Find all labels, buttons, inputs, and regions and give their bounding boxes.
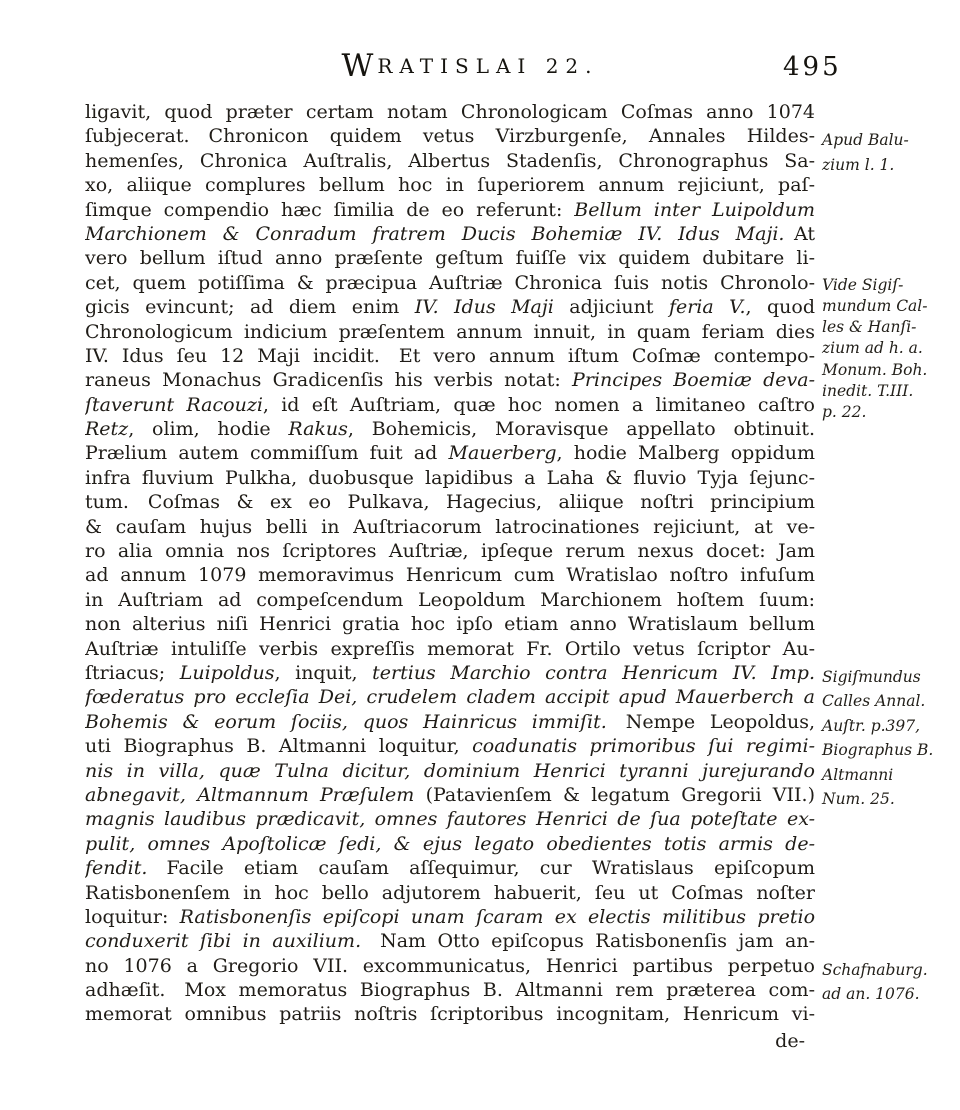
body-line: xo, aliique complures bellum hoc in ſupe…	[85, 173, 815, 197]
body-line: ro alia omnia nos ſcriptores Auſtriæ, ip…	[85, 539, 815, 563]
body-line: pulit, omnes Apoſtolicæ ſedi, & ejus leg…	[85, 832, 815, 856]
body-line: IV. Idus ſeu 12 Maji incidit. Et vero an…	[85, 344, 815, 368]
body-line: ſtaverunt Racouzi, id eſt Auſtriam, quæ …	[85, 393, 815, 417]
margin-note-line: Altmanni	[822, 763, 958, 787]
margin-note-line: Sigiſmundus	[822, 665, 958, 689]
margin-note: SigiſmundusCalles Annal.Auſtr. p.397,	[822, 665, 958, 738]
body-line: magnis laudibus prædicavit, omnes fautor…	[85, 807, 815, 831]
running-header-text: RATISLAI 22.	[377, 54, 598, 78]
margin-note-line: inedit. T.III.	[822, 381, 958, 402]
body-line: fendit. Facile etiam cauſam aſſequimur, …	[85, 856, 815, 880]
margin-note-line: Vide Sigiſ-	[822, 275, 958, 296]
body-line: ad annum 1079 memoravimus Henricum cum W…	[85, 563, 815, 587]
body-line: tum. Coſmas & ex eo Pulkava, Hagecius, a…	[85, 490, 815, 514]
margin-note-line: p. 22.	[822, 402, 958, 423]
book-page: WRATISLAI 22. 495 ligavit, quod præter c…	[0, 0, 960, 1110]
body-line: infra fluvium Pulkha, duobusque lapidibu…	[85, 466, 815, 490]
body-line: gicis evincunt; ad diem enim IV. Idus Ma…	[85, 295, 815, 319]
page-number: 495	[783, 52, 842, 82]
body-line: Prælium autem commiſſum fuit ad Mauerber…	[85, 441, 815, 465]
body-line: hemenſes, Chronica Auſtralis, Albertus S…	[85, 149, 815, 173]
running-header-initial: W	[341, 48, 377, 84]
body-line: raneus Monachus Gradicenſis his verbis n…	[85, 368, 815, 392]
body-line: no 1076 a Gregorio VII. excommunicatus, …	[85, 954, 815, 978]
margin-note: Biographus B.AltmanniNum. 25.	[822, 738, 958, 811]
body-line: uti Biographus B. Altmanni loquitur, coa…	[85, 734, 815, 758]
margin-note-line: zium ad h. a.	[822, 338, 958, 359]
margin-note-line: Num. 25.	[822, 787, 958, 811]
margin-note: Apud Balu-zium l. 1.	[822, 128, 958, 176]
body-line: Chronologicum indicium præſentem annum i…	[85, 320, 815, 344]
body-line: ligavit, quod præter certam notam Chrono…	[85, 100, 815, 124]
body-line: ſubjecerat. Chronicon quidem vetus Virzb…	[85, 124, 815, 148]
margin-note-line: Auſtr. p.397,	[822, 714, 958, 738]
margin-note: Vide Sigiſ-mundum Cal-les & Hanſi-zium a…	[822, 275, 958, 423]
body-text: ligavit, quod præter certam notam Chrono…	[85, 100, 815, 1027]
body-line: non alterius niſi Henrici gratia hoc ipſ…	[85, 612, 815, 636]
body-line: loquitur: Ratisbonenſis epiſcopi unam ſc…	[85, 905, 815, 929]
body-line: Retz, olim, hodie Rakus, Bohemicis, Mora…	[85, 417, 815, 441]
margin-note-line: Monum. Boh.	[822, 360, 958, 381]
body-line: Ratisbonenſem in hoc bello adjutorem hab…	[85, 881, 815, 905]
body-line: Auſtriæ intuliſſe verbis expreſſis memor…	[85, 637, 815, 661]
margin-note-line: zium l. 1.	[822, 153, 958, 177]
body-line: memorat omnibus patriis noſtris ſcriptor…	[85, 1002, 815, 1026]
running-header: WRATISLAI 22.	[85, 48, 815, 84]
body-line: fœderatus pro eccleſia Dei, crudelem cla…	[85, 685, 815, 709]
margin-note-line: Biographus B.	[822, 738, 958, 762]
body-line: in Auſtriam ad compeſcendum Leopoldum Ma…	[85, 588, 815, 612]
body-line: ſimque compendio hæc ſimilia de eo refer…	[85, 198, 815, 222]
body-line: Marchionem & Conradum fratrem Ducis Bohe…	[85, 222, 815, 246]
body-line: cet, quem potiſſima & præcipua Auſtriæ C…	[85, 271, 815, 295]
margin-note: Schafnaburg.ad an. 1076.	[822, 958, 958, 1006]
body-line: adhæſit. Mox memoratus Biographus B. Alt…	[85, 978, 815, 1002]
body-line: nis in villa, quæ Tulna dicitur, dominiu…	[85, 759, 815, 783]
body-line: abnegavit, Altmannum Præſulem (Patavienſ…	[85, 783, 815, 807]
body-line: vero bellum iſtud anno præſente geſtum f…	[85, 246, 815, 270]
body-line: Bohemis & eorum ſociis, quos Hainricus i…	[85, 710, 815, 734]
margin-note-line: Apud Balu-	[822, 128, 958, 152]
catchword: de-	[85, 1030, 817, 1052]
margin-note-line: Calles Annal.	[822, 689, 958, 713]
margin-note-line: Schafnaburg.	[822, 958, 958, 982]
body-line: conduxerit ſibi in auxilium. Nam Otto ep…	[85, 929, 815, 953]
margin-note-line: mundum Cal-	[822, 296, 958, 317]
margin-note-line: ad an. 1076.	[822, 982, 958, 1006]
margin-note-line: les & Hanſi-	[822, 317, 958, 338]
body-line: & cauſam hujus belli in Auſtriacorum lat…	[85, 515, 815, 539]
body-line: ſtriacus; Luipoldus, inquit, tertius Mar…	[85, 661, 815, 685]
